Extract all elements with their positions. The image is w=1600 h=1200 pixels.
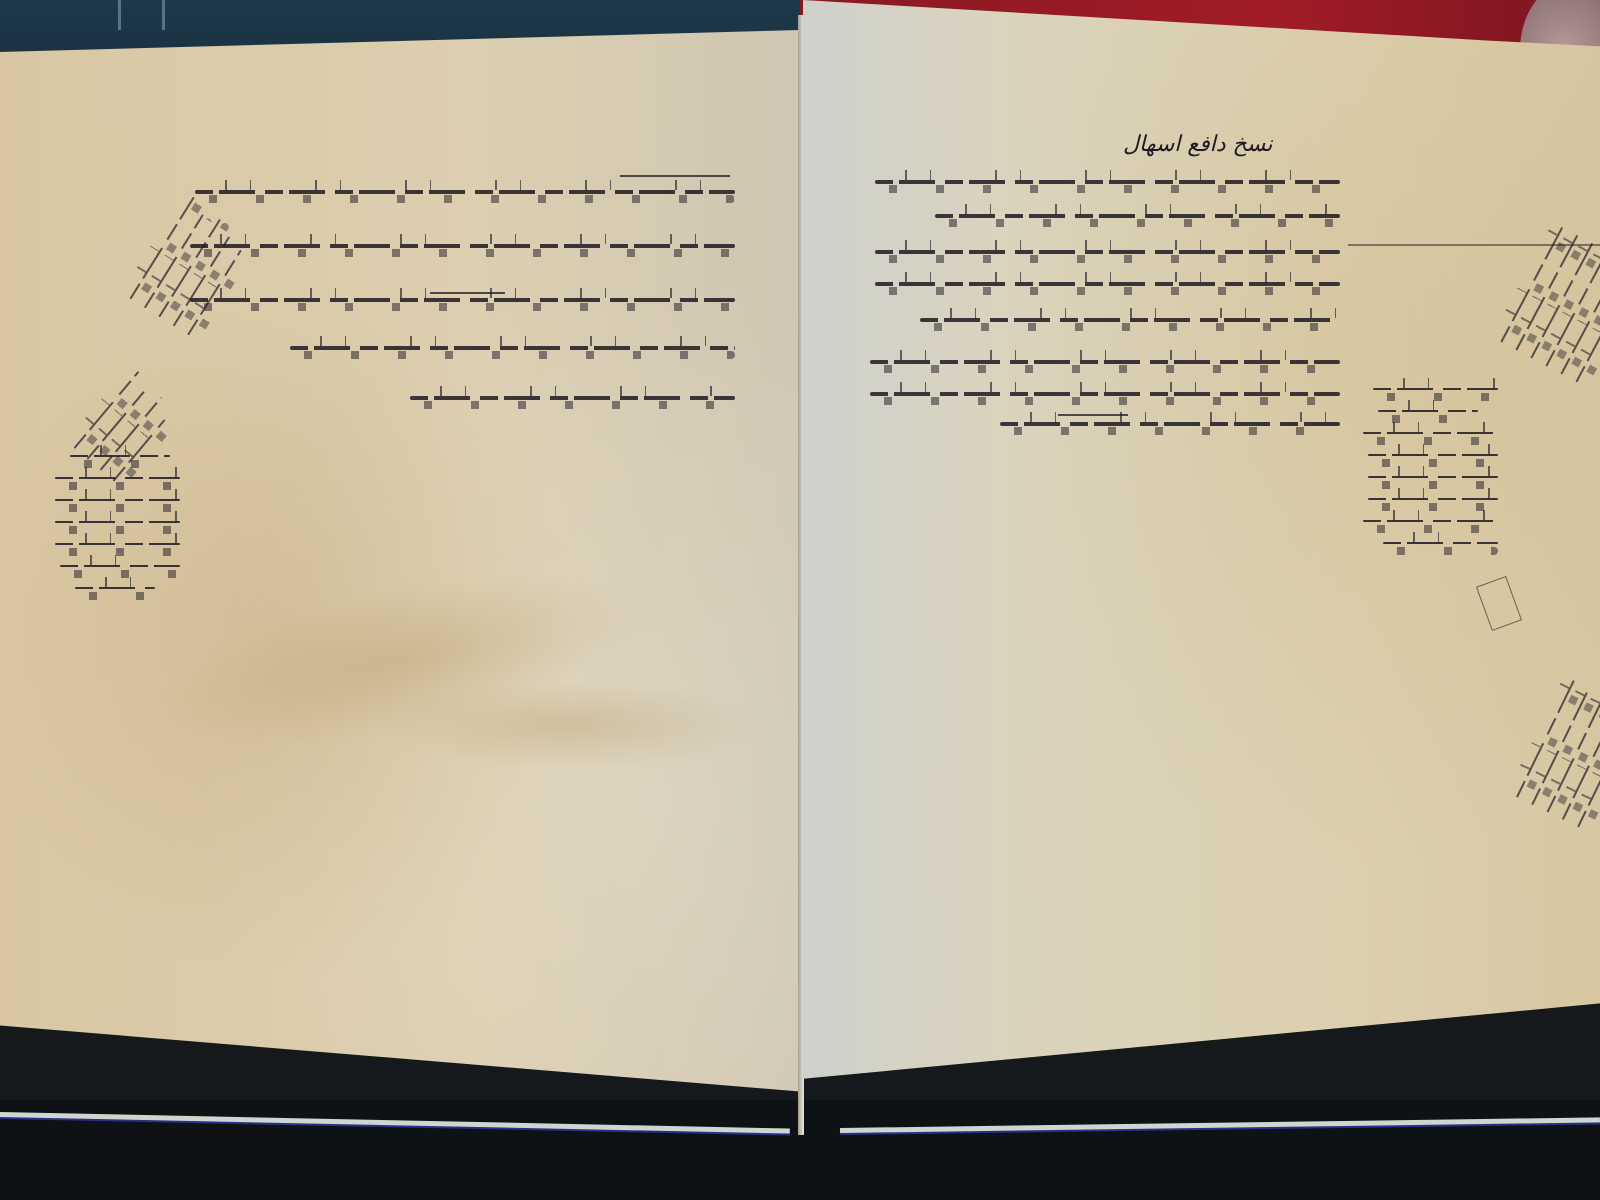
text-line <box>195 190 735 194</box>
text-line <box>875 180 1340 184</box>
text-line <box>190 244 735 248</box>
word-overline <box>620 175 730 177</box>
text-line <box>290 346 735 350</box>
text-line <box>875 250 1340 254</box>
text-line <box>190 298 735 302</box>
binding-stripe-right <box>840 1117 1600 1133</box>
right-marginalia-2 <box>1358 388 1498 544</box>
right-page: نسخ دافع اسهال <box>803 0 1600 1160</box>
text-line <box>920 318 1340 322</box>
left-marginalia-3 <box>50 455 180 589</box>
text-line <box>875 282 1340 286</box>
text-line <box>870 360 1340 364</box>
boxed-label <box>1476 576 1522 631</box>
cloth-stripe <box>118 0 121 30</box>
right-main-text <box>870 180 1340 426</box>
text-line <box>870 392 1340 396</box>
text-line <box>935 214 1340 218</box>
left-main-text <box>195 190 735 400</box>
binding-stripe-left <box>0 1112 790 1134</box>
left-page <box>0 30 800 1130</box>
recipe-heading: نسخ دافع اسهال <box>1123 132 1272 157</box>
water-stain <box>380 680 760 770</box>
text-line <box>410 396 735 400</box>
text-line <box>1000 422 1340 426</box>
cloth-stripe <box>162 0 165 30</box>
right-marginalia-3 <box>1516 680 1600 834</box>
